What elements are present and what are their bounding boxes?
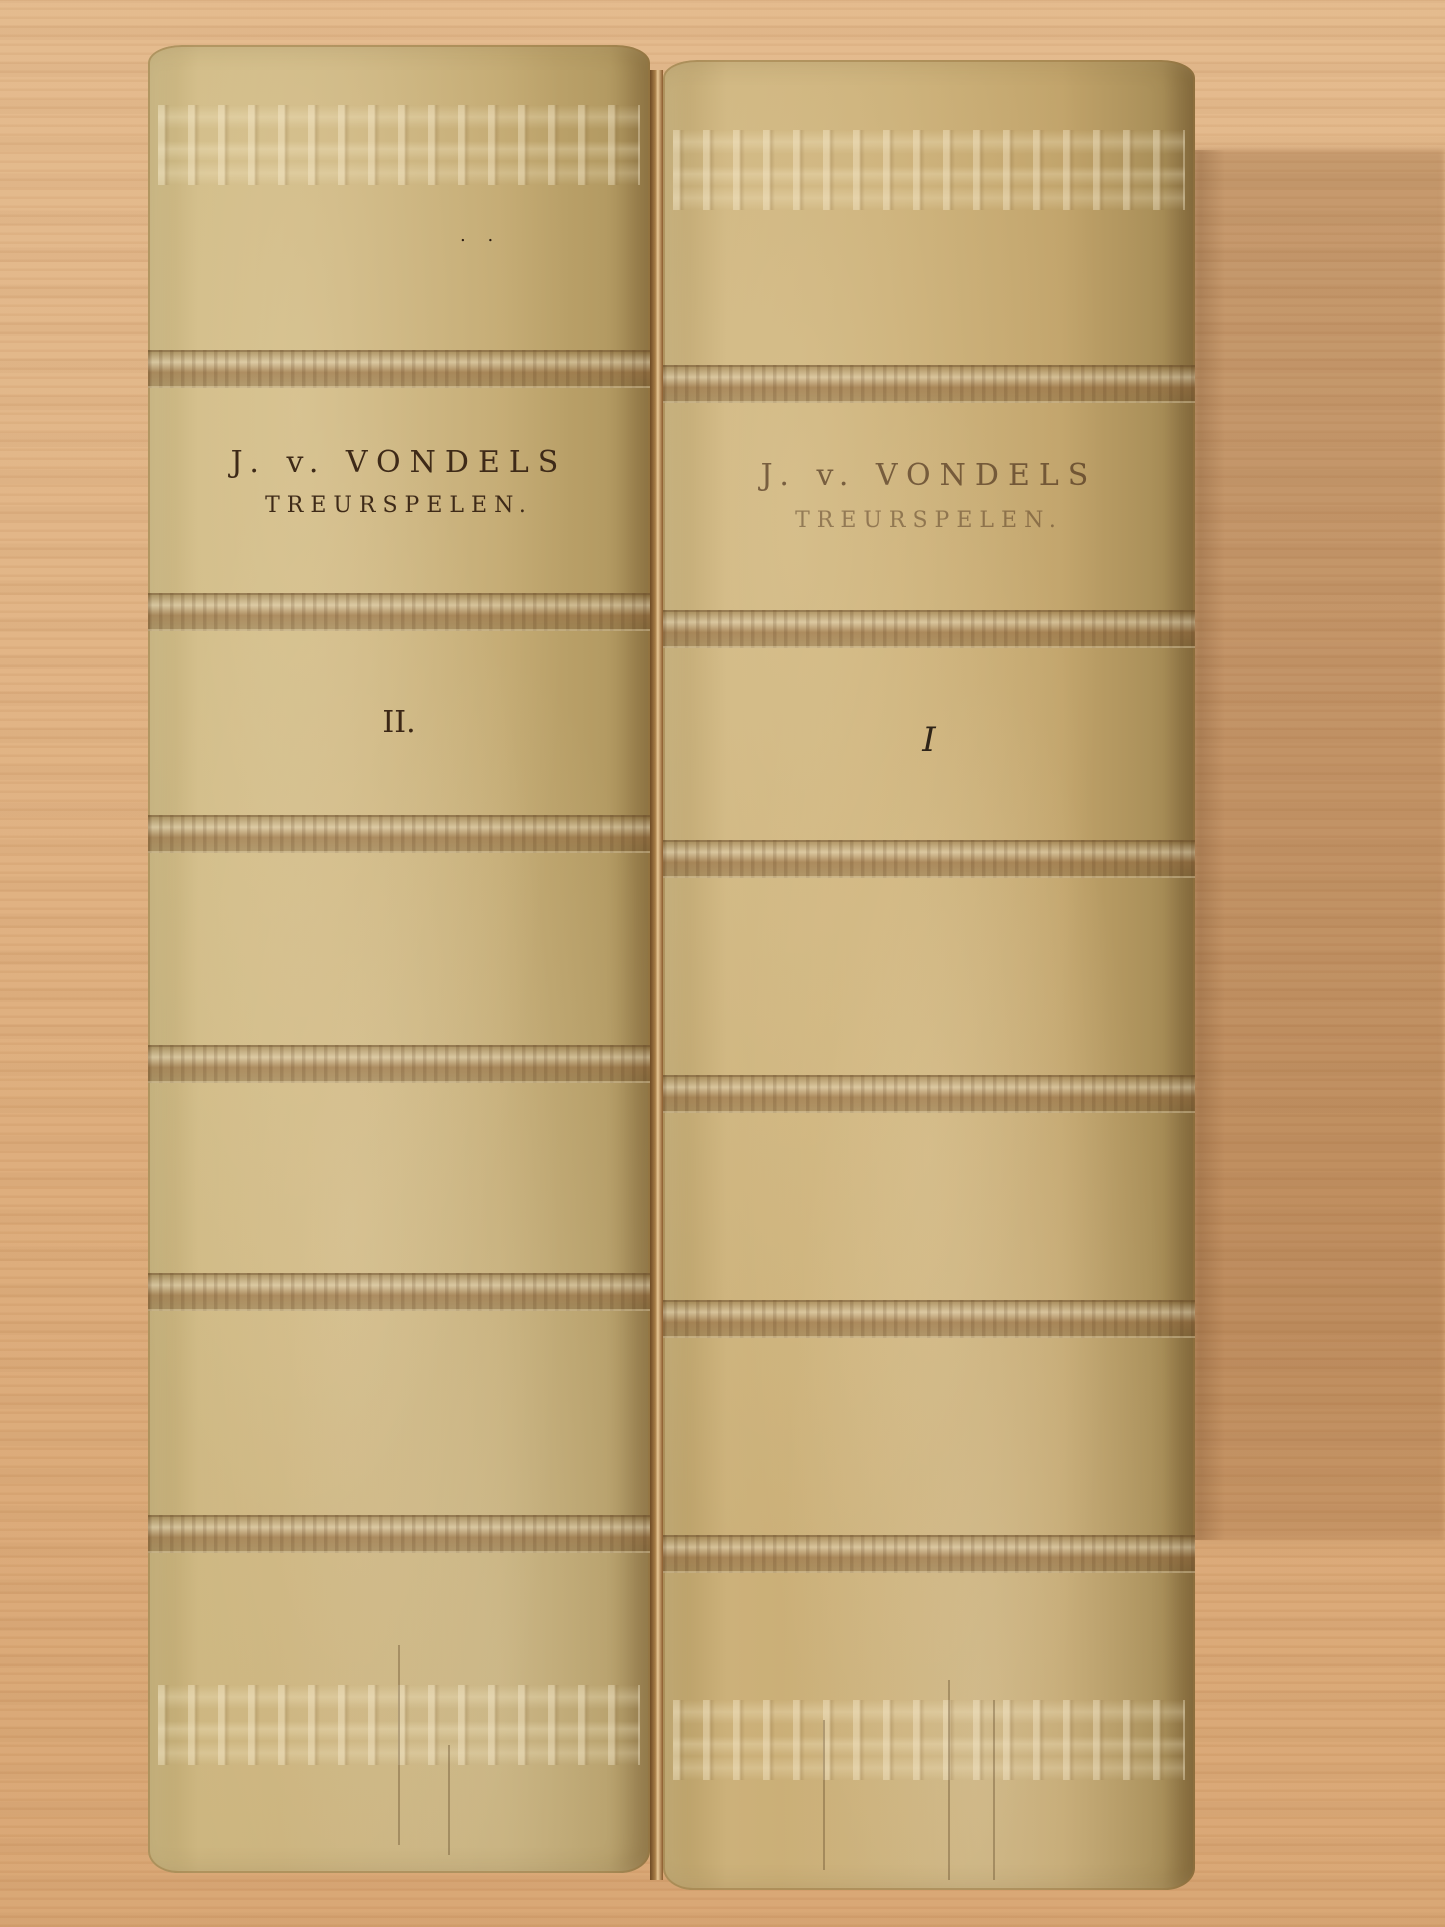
raised-band: [663, 840, 1195, 878]
raised-band: [148, 815, 650, 853]
raised-band: [663, 610, 1195, 648]
vellum-crease: [823, 1720, 825, 1870]
spine-title-author: J. v. VONDELS: [148, 445, 650, 480]
spine-title-work: TREURSPELEN.: [663, 508, 1195, 533]
tooled-decoration-bottom: [673, 1700, 1185, 1780]
vellum-crease: [993, 1700, 995, 1880]
ink-dots: . .: [460, 225, 501, 246]
raised-band: [148, 1273, 650, 1311]
spine-title-author: J. v. VONDELS: [663, 458, 1195, 493]
raised-band: [663, 1535, 1195, 1573]
raised-band: [148, 593, 650, 631]
raised-band: [663, 365, 1195, 403]
shadow-edge: [1195, 150, 1225, 1540]
tooled-decoration-top: [673, 130, 1185, 210]
vellum-crease: [948, 1680, 950, 1880]
book-volume-2: . . J. v. VONDELS TREURSPELEN. II.: [148, 45, 650, 1873]
vellum-crease: [448, 1745, 450, 1855]
book-gap: [650, 70, 663, 1880]
tooled-decoration-top: [158, 105, 640, 185]
raised-band: [663, 1300, 1195, 1338]
volume-number: II.: [148, 705, 650, 740]
raised-band: [148, 1515, 650, 1553]
raised-band: [148, 350, 650, 388]
vellum-crease: [398, 1645, 400, 1845]
raised-band: [148, 1045, 650, 1083]
book-volume-1: J. v. VONDELS TREURSPELEN. I: [663, 60, 1195, 1890]
spine-title-work: TREURSPELEN.: [148, 493, 650, 518]
volume-number-handwritten: I: [663, 720, 1195, 760]
cast-shadow: [1195, 150, 1445, 1540]
raised-band: [663, 1075, 1195, 1113]
